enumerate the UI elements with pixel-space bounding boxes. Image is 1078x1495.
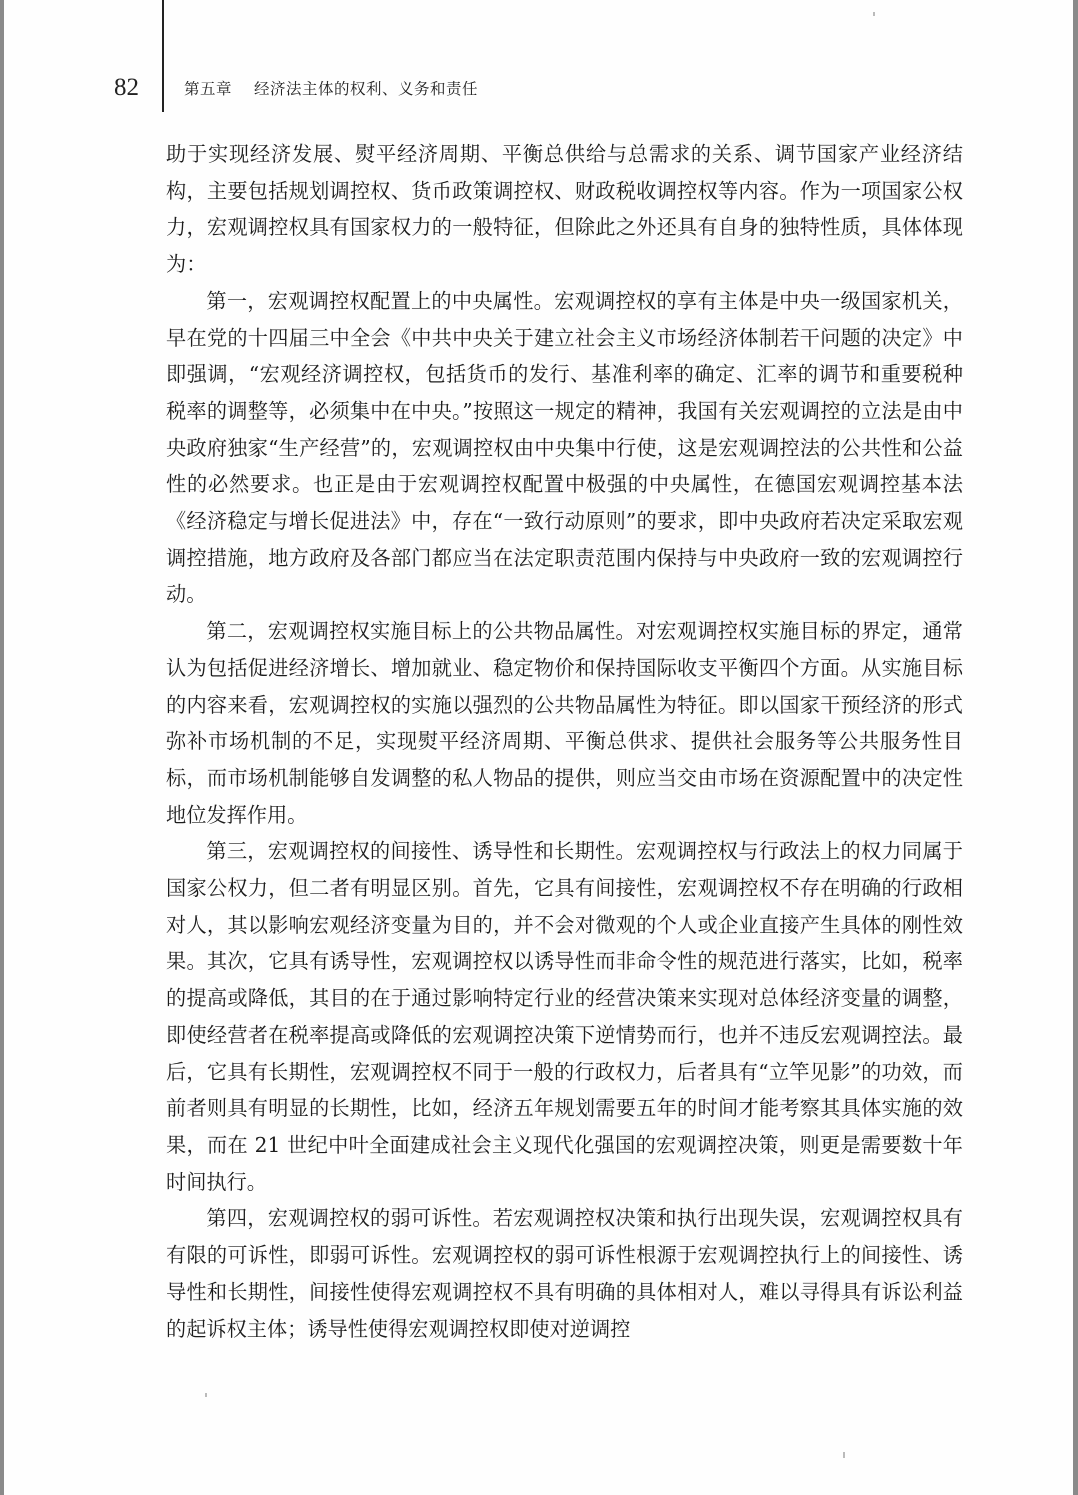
paragraph-continuation: 助于实现经济发展、熨平经济周期、平衡总供给与总需求的关系、调节国家产业经济结构，… [166,136,963,283]
scan-border-right [1073,0,1078,1495]
scan-speck [843,1452,845,1458]
header-vertical-rule [162,0,164,112]
page-number: 82 [114,72,139,104]
running-head: 第五章经济法主体的权利、义务和责任 [184,77,478,101]
paragraph-first-point: 第一，宏观调控权配置上的中央属性。宏观调控权的享有主体是中央一级国家机关，早在党… [166,283,963,613]
body-text: 助于实现经济发展、熨平经济周期、平衡总供给与总需求的关系、调节国家产业经济结构，… [166,136,963,1347]
paragraph-fourth-point: 第四，宏观调控权的弱可诉性。若宏观调控权决策和执行出现失误，宏观调控权具有有限的… [166,1200,963,1347]
paragraph-second-point: 第二，宏观调控权实施目标上的公共物品属性。对宏观调控权实施目标的界定，通常认为包… [166,613,963,833]
chapter-title: 经济法主体的权利、义务和责任 [254,80,478,98]
paragraph-third-point: 第三，宏观调控权的间接性、诱导性和长期性。宏观调控权与行政法上的权力同属于国家公… [166,833,963,1200]
scan-speck [205,1393,207,1397]
scan-speck [873,12,875,16]
chapter-label: 第五章 [184,80,232,98]
book-page: 82 第五章经济法主体的权利、义务和责任 助于实现经济发展、熨平经济周期、平衡总… [4,0,1073,1495]
